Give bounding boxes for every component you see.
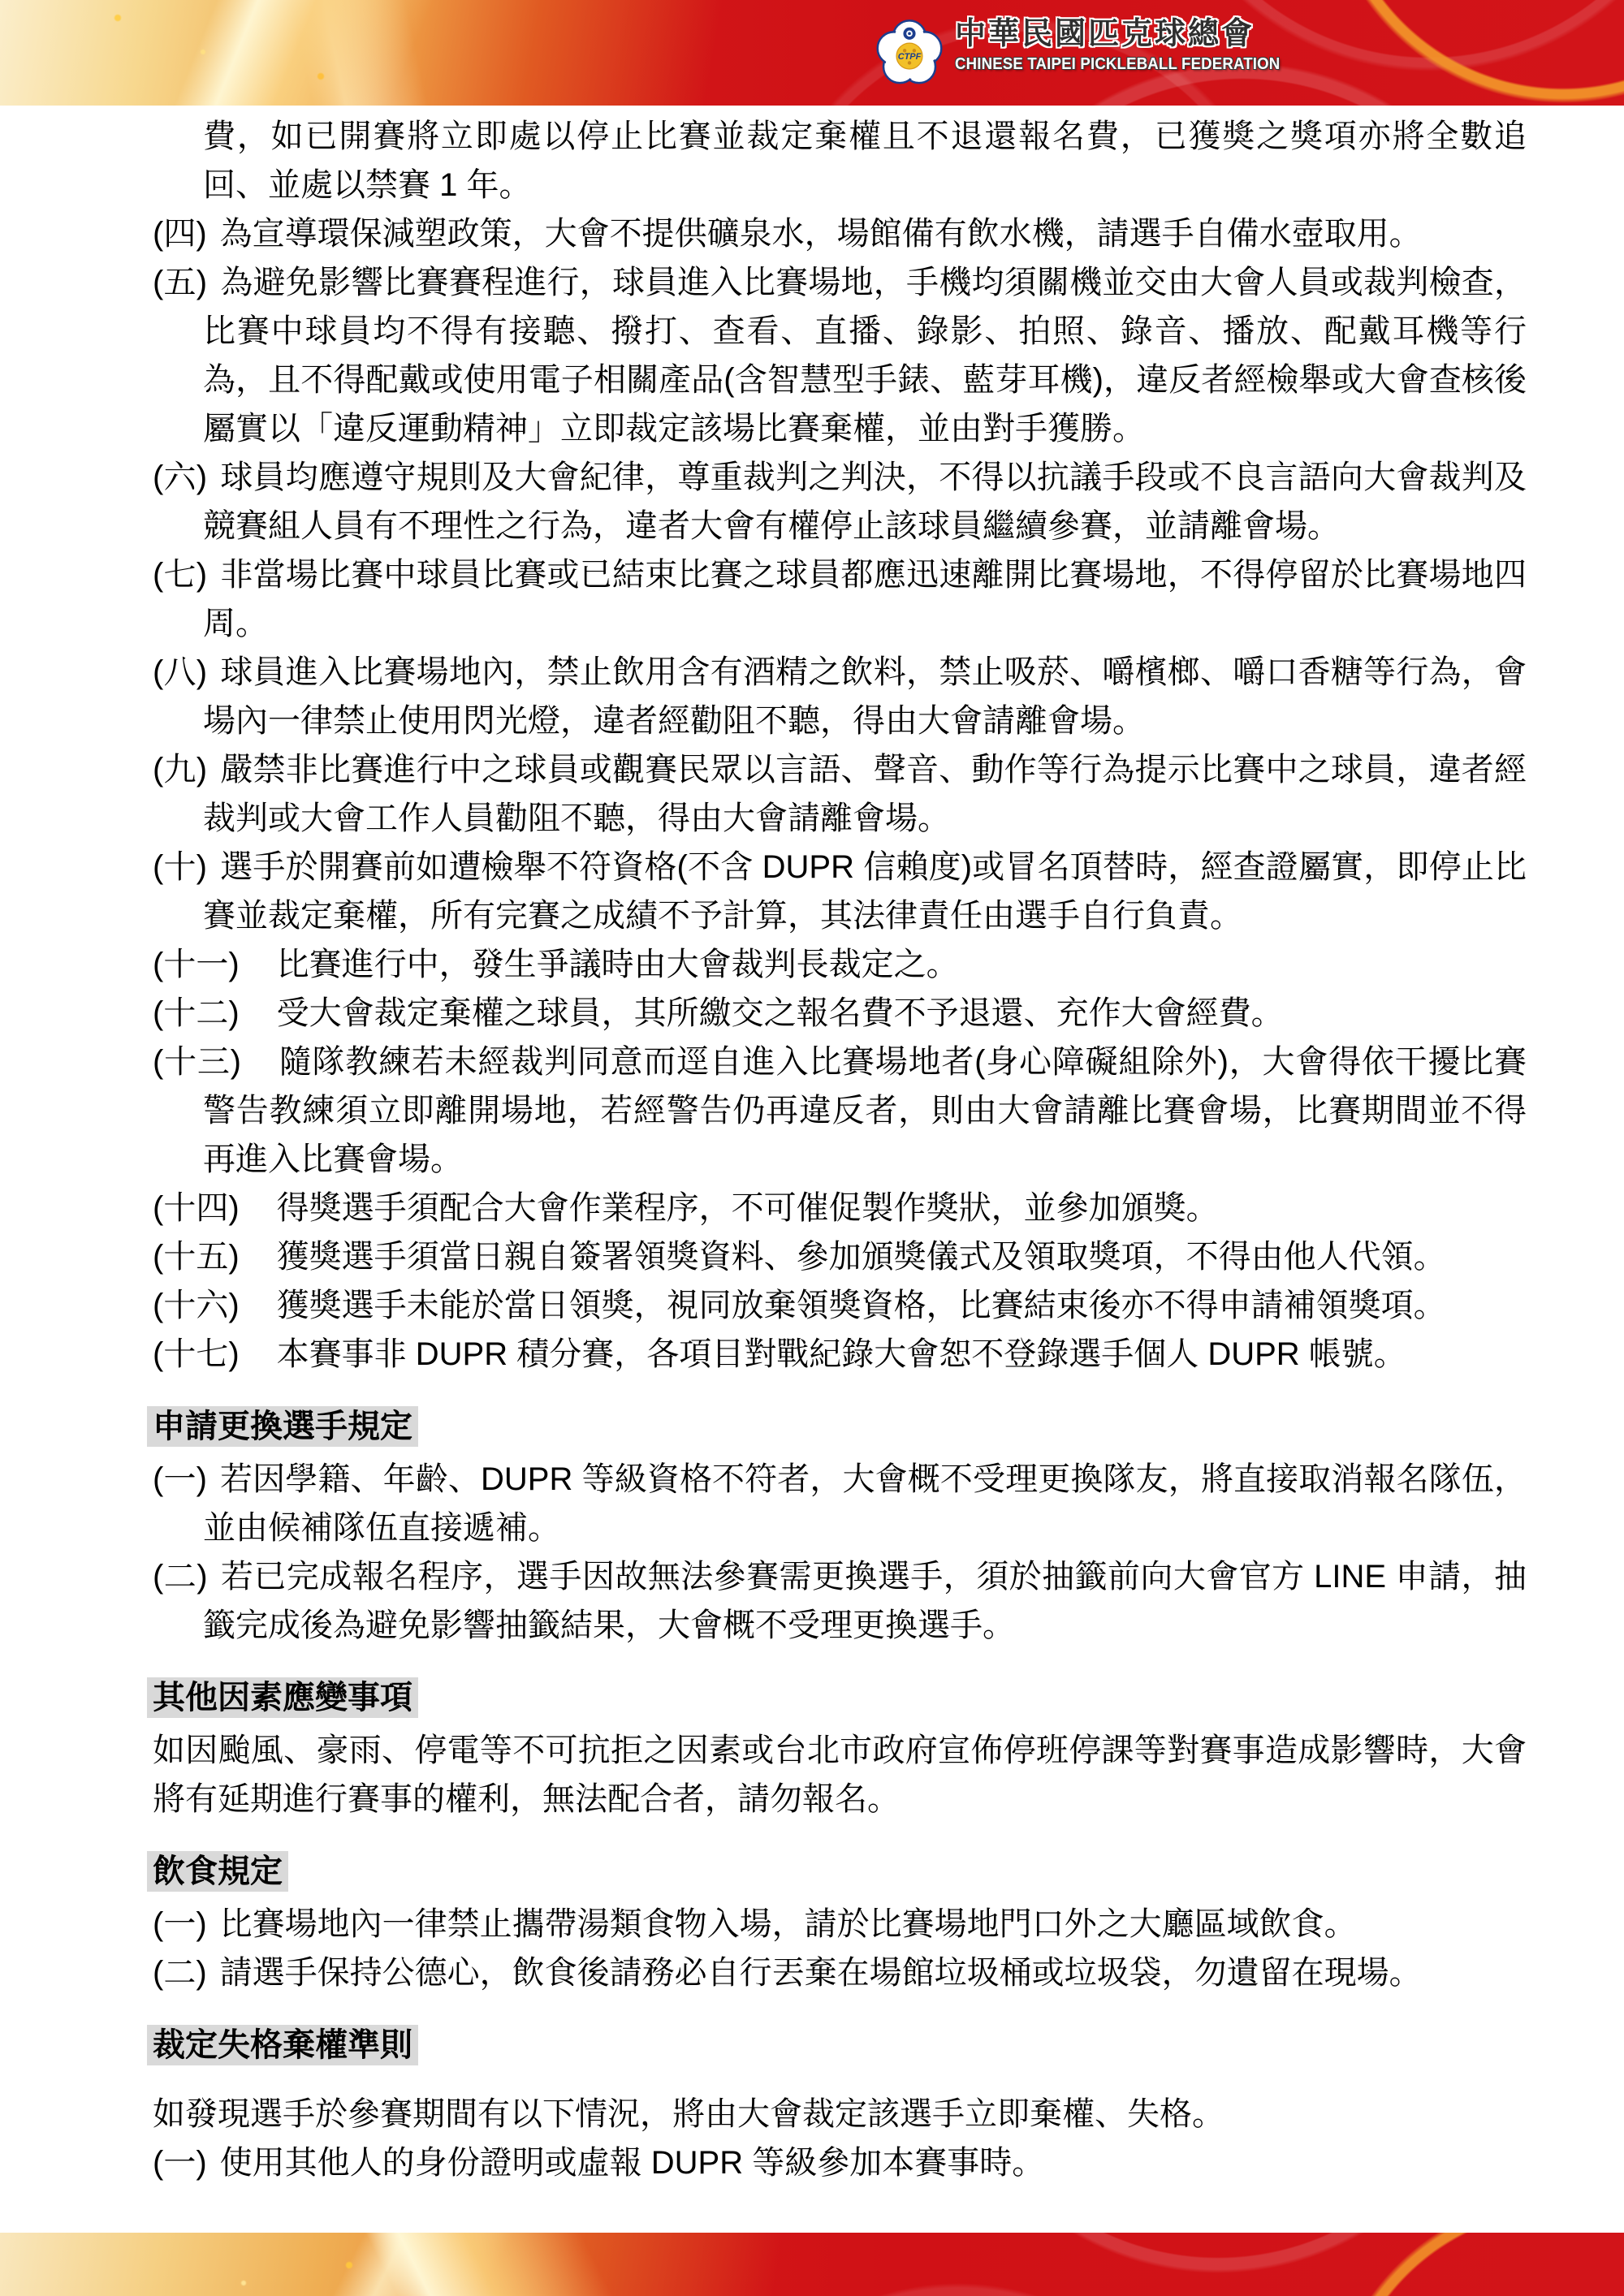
rule-text: 若已完成報名程序，選手因故無法參賽需更換選手，須於抽籤前向大會官方 LINE 申… — [203, 1559, 1527, 1643]
rule-text: 選手於開賽前如遭檢舉不符資格(不含 DUPR 信賴度)或冒名頂替時，經查證屬實，… — [203, 849, 1527, 934]
rule-item-12: (十二)受大會裁定棄權之球員，其所繳交之報名費不予退還、充作大會經費。 — [153, 989, 1527, 1038]
rule-marker: (十三) — [153, 1044, 241, 1080]
org-name-en: CHINESE TAIPEI PICKLEBALL FEDERATION — [955, 55, 1280, 74]
rule-text: 為避免影響比賽賽程進行，球員進入比賽場地，手機均須關機並交由大會人員或裁判檢查，… — [203, 265, 1527, 447]
rule-marker: (一) — [153, 1461, 207, 1497]
food-item-2: (二)請選手保持公德心，飲食後請務必自行丟棄在場館垃圾桶或垃圾袋，勿遺留在現場。 — [153, 1949, 1527, 1997]
disqualification-item-1: (一)使用其他人的身份證明或虛報 DUPR 等級參加本賽事時。 — [153, 2138, 1527, 2187]
rule-item-13: (十三)隨隊教練若未經裁判同意而逕自進入比賽場地者(身心障礙組除外)，大會得依干… — [153, 1038, 1527, 1184]
rule-item-15: (十五)獲獎選手須當日親自簽署領獎資料、參加頒獎儀式及領取獎項，不得由他人代領。 — [153, 1232, 1527, 1281]
section-heading-wrap: 申請更換選手規定 — [153, 1379, 1527, 1455]
rule-text: 比賽進行中，發生爭議時由大會裁判長裁定之。 — [277, 947, 959, 982]
rule-marker: (十一) — [153, 947, 240, 982]
rule-text: 為宣導環保減塑政策，大會不提供礦泉水，場館備有飲水機，請選手自備水壺取用。 — [220, 216, 1422, 252]
rule-marker: (一) — [153, 1906, 207, 1942]
rule-text: 獲獎選手須當日親自簽署領獎資料、參加頒獎儀式及領取獎項，不得由他人代領。 — [277, 1239, 1446, 1275]
rule-text: 隨隊教練若未經裁判同意而逕自進入比賽場地者(身心障礙組除外)，大會得依干擾比賽警… — [203, 1044, 1527, 1177]
rule-item-8: (八)球員進入比賽場地內，禁止飲用含有酒精之飲料，禁止吸菸、嚼檳榔、嚼口香糖等行… — [153, 648, 1527, 745]
rule-item-16: (十六)獲獎選手未能於當日領獎，視同放棄領獎資格，比賽結束後亦不得申請補領獎項。 — [153, 1281, 1527, 1330]
federation-logo: CTPF 中華民國匹克球總會 CHINESE TAIPEI PICKLEBALL… — [875, 16, 1305, 88]
contingency-paragraph: 如因颱風、豪雨、停電等不可抗拒之因素或台北市政府宣佈停班停課等對賽事造成影響時，… — [153, 1726, 1527, 1823]
rule-marker: (四) — [153, 216, 207, 252]
rule-text: 非當場比賽中球員比賽或已結束比賽之球員都應迅速離開比賽場地，不得停留於比賽場地四… — [203, 557, 1527, 641]
rule-marker: (二) — [153, 1955, 207, 1991]
plum-blossom-logo-icon: CTPF — [875, 16, 944, 88]
section-title-food-rules: 飲食規定 — [147, 1851, 288, 1892]
section-heading-wrap: 飲食規定 — [153, 1823, 1527, 1900]
substitution-item-2: (二)若已完成報名程序，選手因故無法參賽需更換選手，須於抽籤前向大會官方 LIN… — [153, 1552, 1527, 1650]
rule-item-17: (十七)本賽事非 DUPR 積分賽，各項目對戰紀錄大會恕不登錄選手個人 DUPR… — [153, 1330, 1527, 1379]
rule-item-9: (九)嚴禁非比賽進行中之球員或觀賽民眾以言語、聲音、動作等行為提示比賽中之球員，… — [153, 745, 1527, 843]
section-title-player-substitution: 申請更換選手規定 — [147, 1406, 418, 1447]
rule-marker: (七) — [153, 557, 207, 593]
rule-text: 受大會裁定棄權之球員，其所繳交之報名費不予退還、充作大會經費。 — [277, 995, 1284, 1031]
rule-marker: (九) — [153, 752, 207, 788]
rule-item-11: (十一)比賽進行中，發生爭議時由大會裁判長裁定之。 — [153, 940, 1527, 989]
rule-item-carryover: 費，如已開賽將立即處以停止比賽並裁定棄權且不退還報名費，已獲獎之獎項亦將全數追回… — [153, 112, 1527, 209]
disqualification-paragraph: 如發現選手於參賽期間有以下情況，將由大會裁定該選手立即棄權、失格。 — [153, 2090, 1527, 2138]
rule-text: 嚴禁非比賽進行中之球員或觀賽民眾以言語、聲音、動作等行為提示比賽中之球員，違者經… — [203, 752, 1527, 836]
rule-item-5: (五)為避免影響比賽賽程進行，球員進入比賽場地，手機均須關機並交由大會人員或裁判… — [153, 258, 1527, 453]
rule-marker: (一) — [153, 2145, 207, 2181]
document-page: { "header": { "logo_text": "CTPF", "org_… — [0, 0, 1624, 2296]
rule-item-14: (十四)得獎選手須配合大會作業程序，不可催促製作獎狀，並參加頒獎。 — [153, 1184, 1527, 1232]
section-title-disqualification: 裁定失格棄權準則 — [147, 2025, 418, 2065]
rule-text: 請選手保持公德心，飲食後請務必自行丟棄在場館垃圾桶或垃圾袋，勿遺留在現場。 — [220, 1955, 1422, 1991]
rule-marker: (十四) — [153, 1190, 240, 1226]
rule-text: 得獎選手須配合大會作業程序，不可催促製作獎狀，並參加頒獎。 — [277, 1190, 1219, 1226]
rule-marker: (十) — [153, 849, 207, 885]
logo-ctpf-text: CTPF — [898, 52, 922, 62]
page-footer-banner — [0, 2233, 1624, 2296]
rule-text: 使用其他人的身份證明或虛報 DUPR 等級參加本賽事時。 — [220, 2145, 1045, 2181]
rule-text: 獲獎選手未能於當日領獎，視同放棄領獎資格，比賽結束後亦不得申請補領獎項。 — [277, 1288, 1446, 1323]
document-body: 費，如已開賽將立即處以停止比賽並裁定棄權且不退還報名費，已獲獎之獎項亦將全數追回… — [153, 112, 1527, 2187]
rule-marker: (十二) — [153, 995, 240, 1031]
rule-item-10: (十)選手於開賽前如遭檢舉不符資格(不含 DUPR 信賴度)或冒名頂替時，經查證… — [153, 843, 1527, 940]
page-header-banner: CTPF 中華民國匹克球總會 CHINESE TAIPEI PICKLEBALL… — [0, 0, 1624, 106]
rule-text: 本賽事非 DUPR 積分賽，各項目對戰紀錄大會恕不登錄選手個人 DUPR 帳號。 — [277, 1336, 1406, 1372]
rule-text: 球員均應遵守規則及大會紀律，尊重裁判之判決，不得以抗議手段或不良言語向大會裁判及… — [203, 460, 1527, 544]
food-item-1: (一)比賽場地內一律禁止攜帶湯類食物入場，請於比賽場地門口外之大廳區域飲食。 — [153, 1900, 1527, 1949]
rule-item-4: (四)為宣導環保減塑政策，大會不提供礦泉水，場館備有飲水機，請選手自備水壺取用。 — [153, 209, 1527, 258]
section-heading-wrap: 其他因素應變事項 — [153, 1650, 1527, 1726]
rule-marker: (十六) — [153, 1288, 240, 1323]
rule-marker: (六) — [153, 460, 207, 495]
rule-text: 球員進入比賽場地內，禁止飲用含有酒精之飲料，禁止吸菸、嚼檳榔、嚼口香糖等行為，會… — [203, 654, 1527, 739]
substitution-item-1: (一)若因學籍、年齡、DUPR 等級資格不符者，大會概不受理更換隊友，將直接取消… — [153, 1455, 1527, 1552]
rule-marker: (二) — [153, 1559, 208, 1595]
org-name-zh: 中華民國匹克球總會 — [955, 16, 1305, 52]
rule-marker: (十五) — [153, 1239, 240, 1275]
rule-marker: (五) — [153, 265, 207, 300]
rule-text: 比賽場地內一律禁止攜帶湯類食物入場，請於比賽場地門口外之大廳區域飲食。 — [220, 1906, 1357, 1942]
federation-name: 中華民國匹克球總會 CHINESE TAIPEI PICKLEBALL FEDE… — [955, 16, 1305, 74]
section-heading-wrap: 裁定失格棄權準則 — [153, 1997, 1527, 2090]
rule-marker: (八) — [153, 654, 207, 690]
rule-item-6: (六)球員均應遵守規則及大會紀律，尊重裁判之判決，不得以抗議手段或不良言語向大會… — [153, 453, 1527, 550]
rule-marker: (十七) — [153, 1336, 240, 1372]
rule-text: 若因學籍、年齡、DUPR 等級資格不符者，大會概不受理更換隊友，將直接取消報名隊… — [203, 1461, 1527, 1546]
rule-item-7: (七)非當場比賽中球員比賽或已結束比賽之球員都應迅速離開比賽場地，不得停留於比賽… — [153, 550, 1527, 648]
section-title-contingency: 其他因素應變事項 — [147, 1677, 418, 1718]
